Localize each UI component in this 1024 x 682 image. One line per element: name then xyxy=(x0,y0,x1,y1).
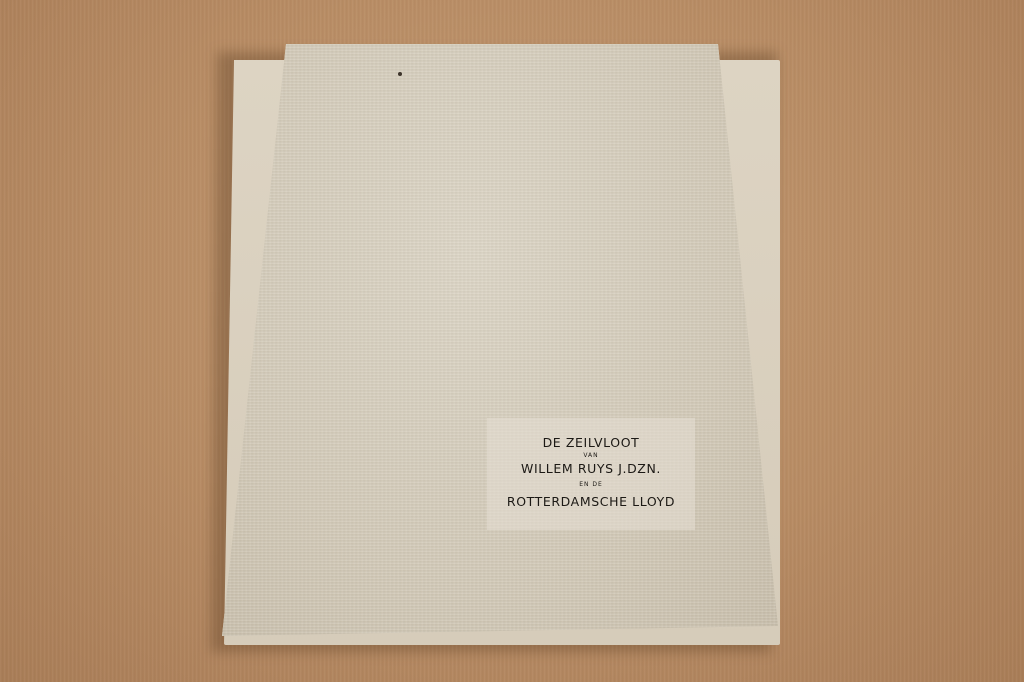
photo-scene: DE ZEILVLOOT VAN WILLEM RUYS J.DZN. EN D… xyxy=(0,0,1024,682)
book-cover xyxy=(222,44,778,636)
cover-speck xyxy=(398,72,402,76)
title-line-3: WILLEM RUYS J.DZN. xyxy=(487,461,695,476)
title-line-2: VAN xyxy=(487,451,695,461)
title-line-5: ROTTERDAMSCHE LLOYD xyxy=(487,494,695,509)
cover-title-label: DE ZEILVLOOT VAN WILLEM RUYS J.DZN. EN D… xyxy=(487,418,695,530)
title-line-1: DE ZEILVLOOT xyxy=(487,435,695,450)
title-line-4: EN DE xyxy=(487,480,695,490)
